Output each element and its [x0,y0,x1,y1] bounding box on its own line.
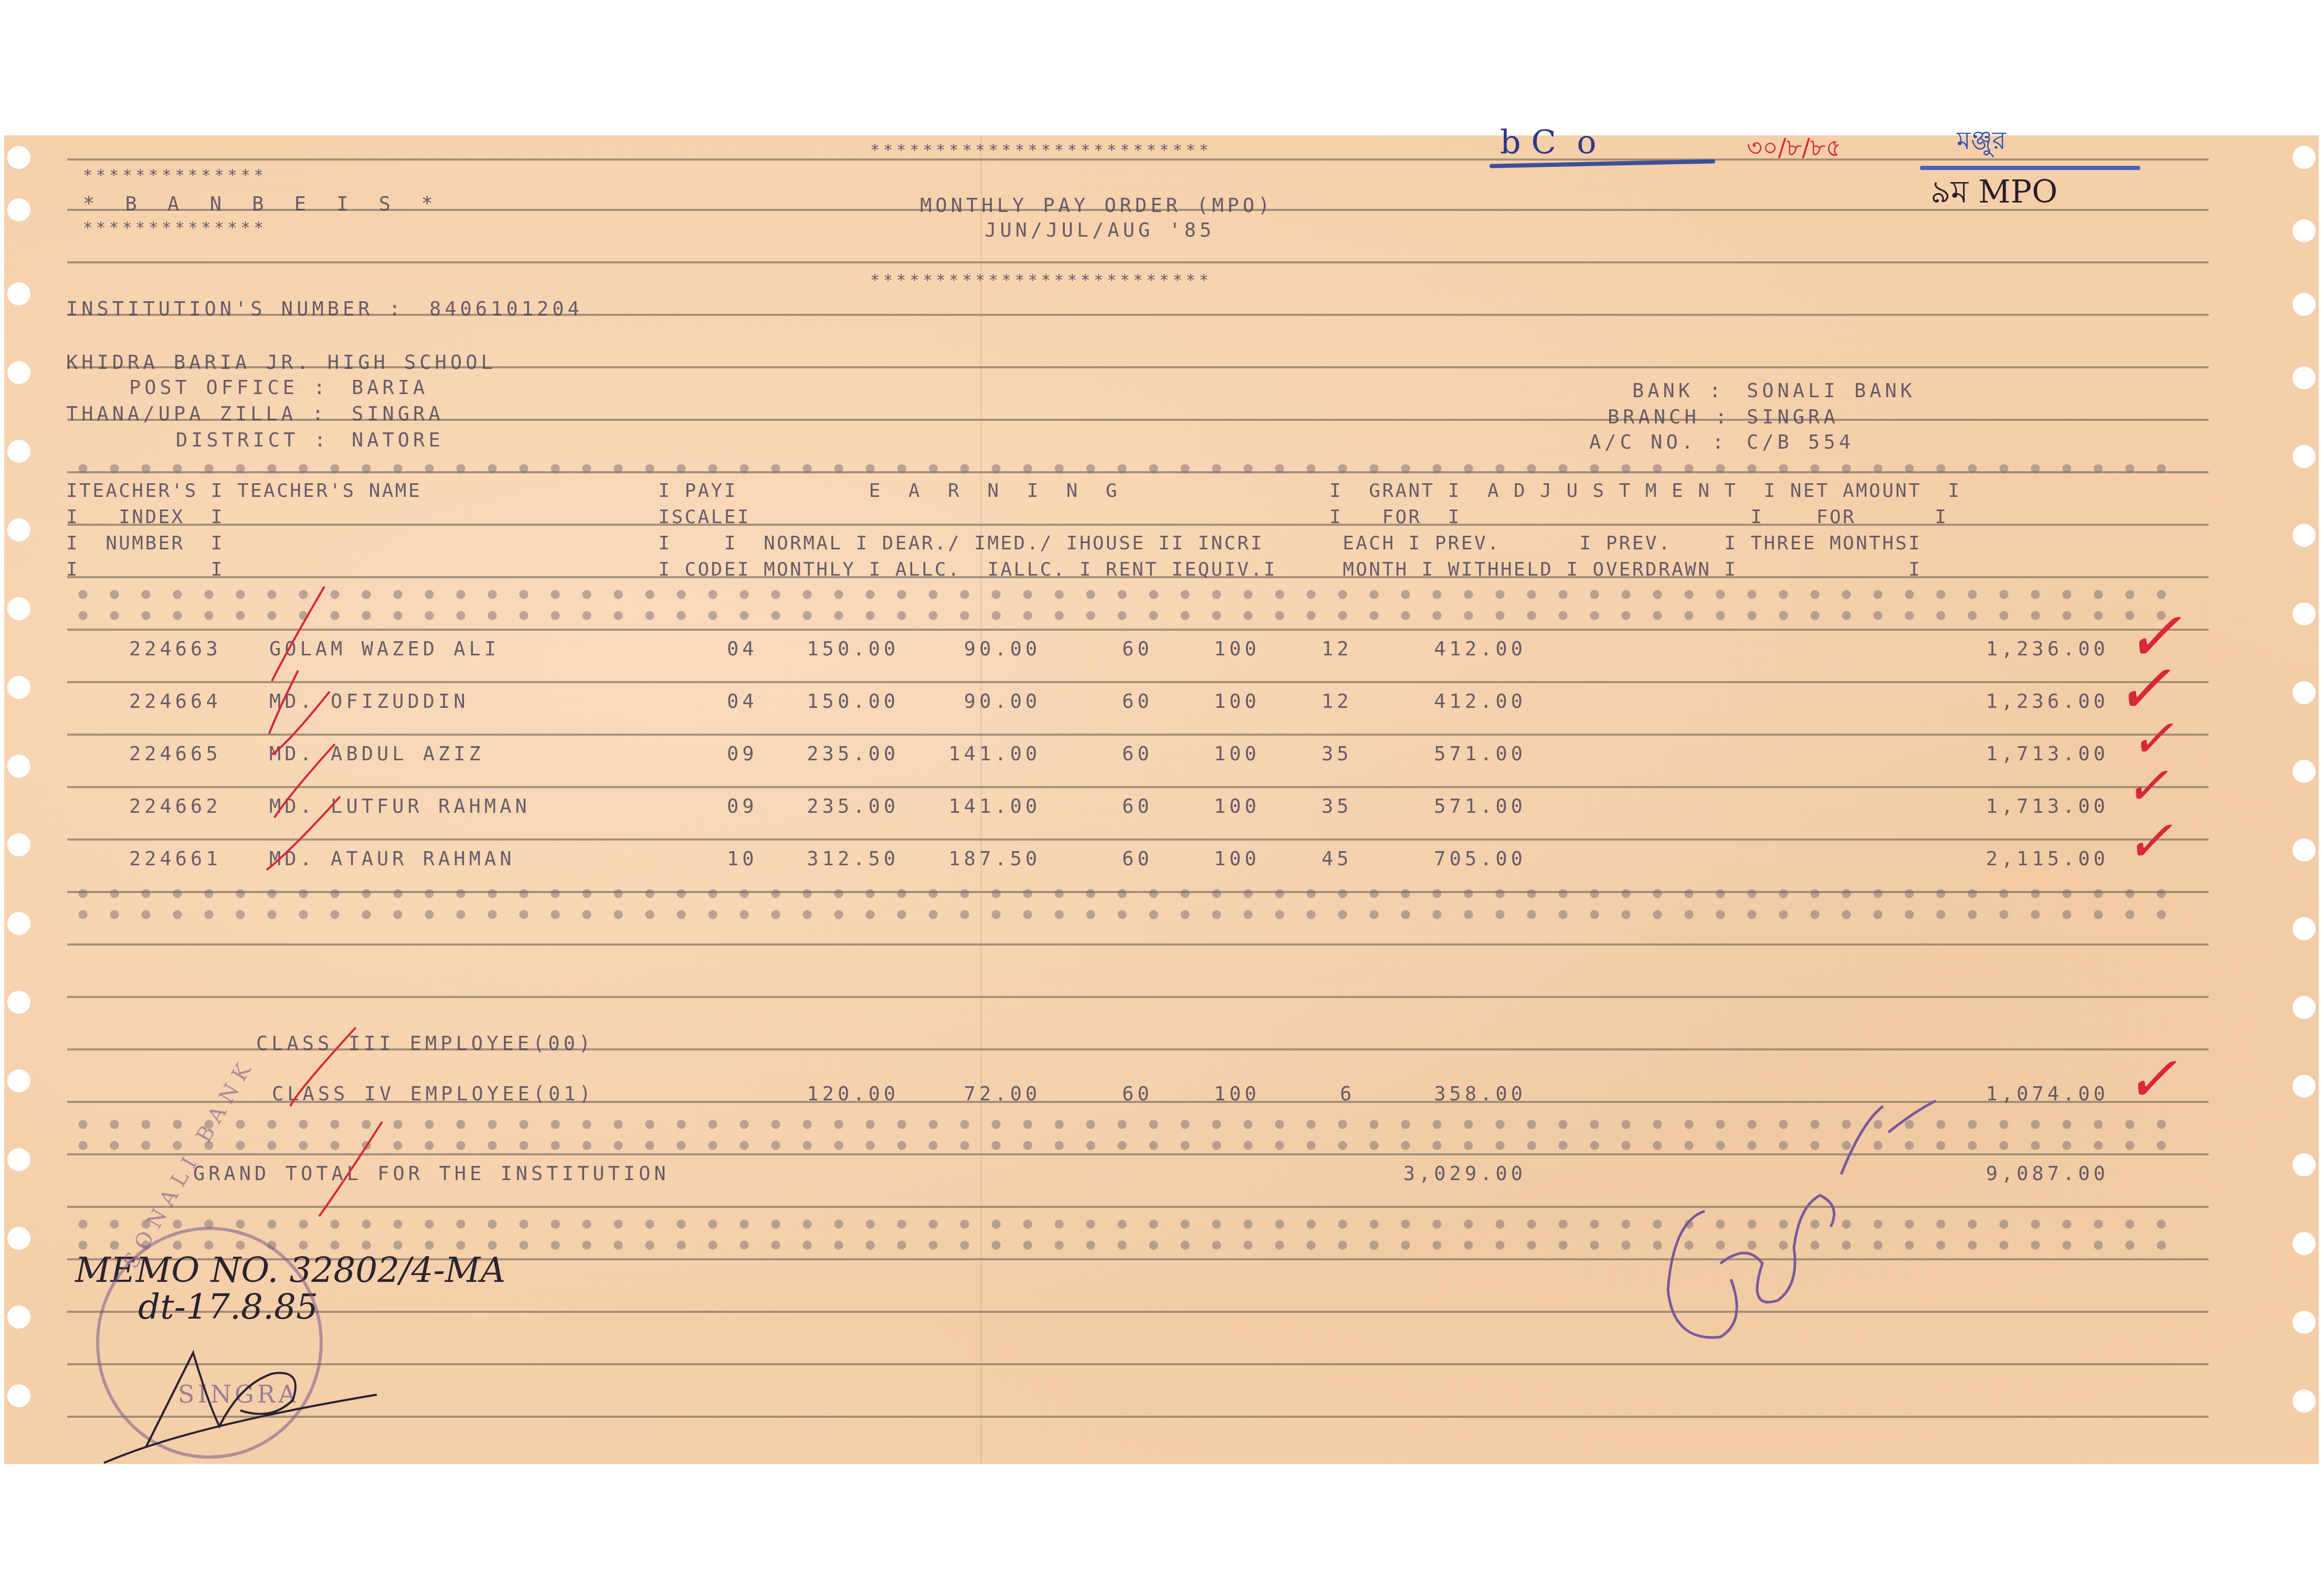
purple-signature [1642,1090,2009,1363]
mpo-paper-sheet: ************** * B A N B E I S * *******… [4,135,2319,1464]
signature-scribble [83,1321,398,1479]
